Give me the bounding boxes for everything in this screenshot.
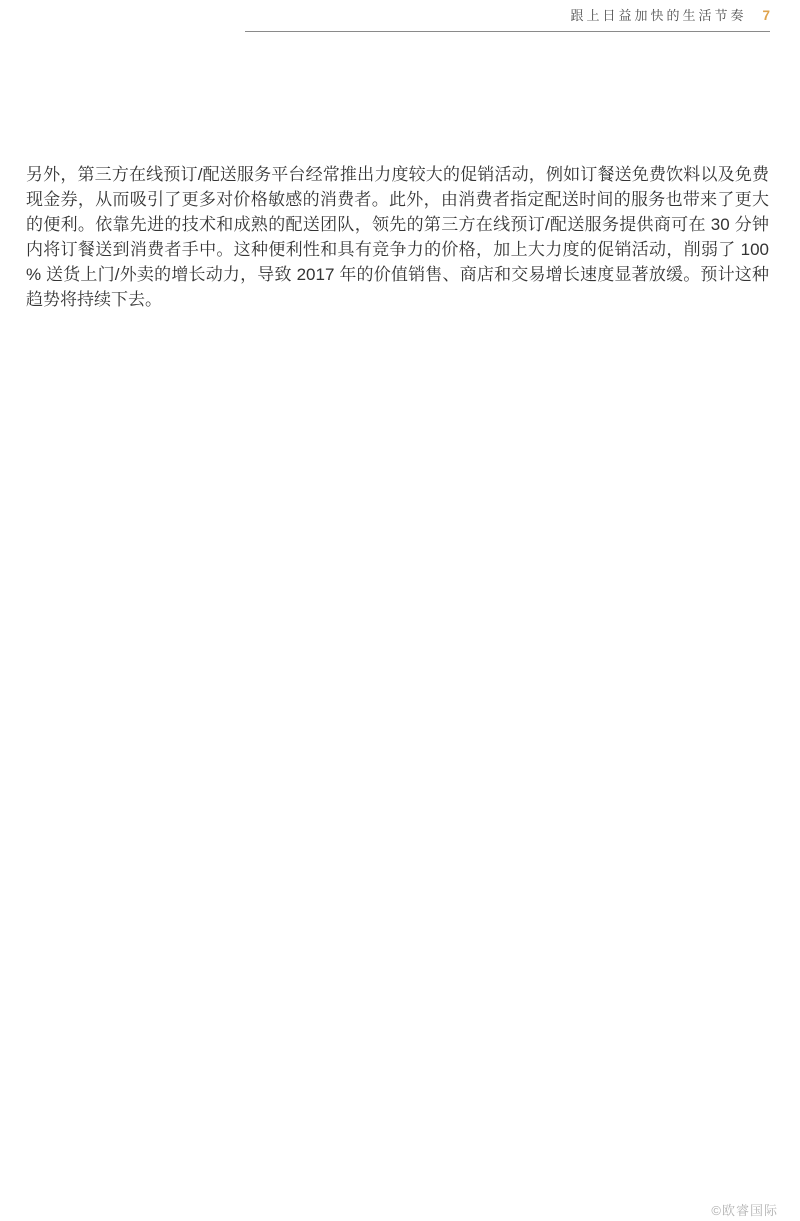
- body-paragraph: 另外，第三方在线预订/配送服务平台经常推出力度较大的促销活动，例如订餐送免费饮料…: [26, 162, 769, 312]
- running-header-title: 跟上日益加快的生活节奏: [570, 5, 746, 24]
- paragraph-line: 的便利。依靠先进的技术和成熟的配送团队，领先的第三方在线预订/配送服务提供商可在…: [26, 212, 769, 237]
- page-number: 7: [762, 8, 770, 23]
- paragraph-line: 现金券，从而吸引了更多对价格敏感的消费者。此外，由消费者指定配送时间的服务也带来…: [26, 187, 769, 212]
- header-rule: [245, 31, 770, 32]
- header-row: 跟上日益加快的生活节奏 7: [570, 5, 770, 24]
- paragraph-line: 内将订餐送到消费者手中。这种便利性和具有竞争力的价格，加上大力度的促销活动，削弱…: [26, 237, 769, 262]
- paragraph-line: 另外，第三方在线预订/配送服务平台经常推出力度较大的促销活动，例如订餐送免费饮料…: [26, 162, 769, 187]
- copyright-watermark: ©欧睿国际: [711, 1200, 778, 1219]
- document-page: 跟上日益加快的生活节奏 7 另外，第三方在线预订/配送服务平台经常推出力度较大的…: [0, 0, 800, 1221]
- paragraph-line: % 送货上门/外卖的增长动力，导致 2017 年的价值销售、商店和交易增长速度显…: [26, 262, 769, 287]
- paragraph-line: 趋势将持续下去。: [26, 287, 769, 312]
